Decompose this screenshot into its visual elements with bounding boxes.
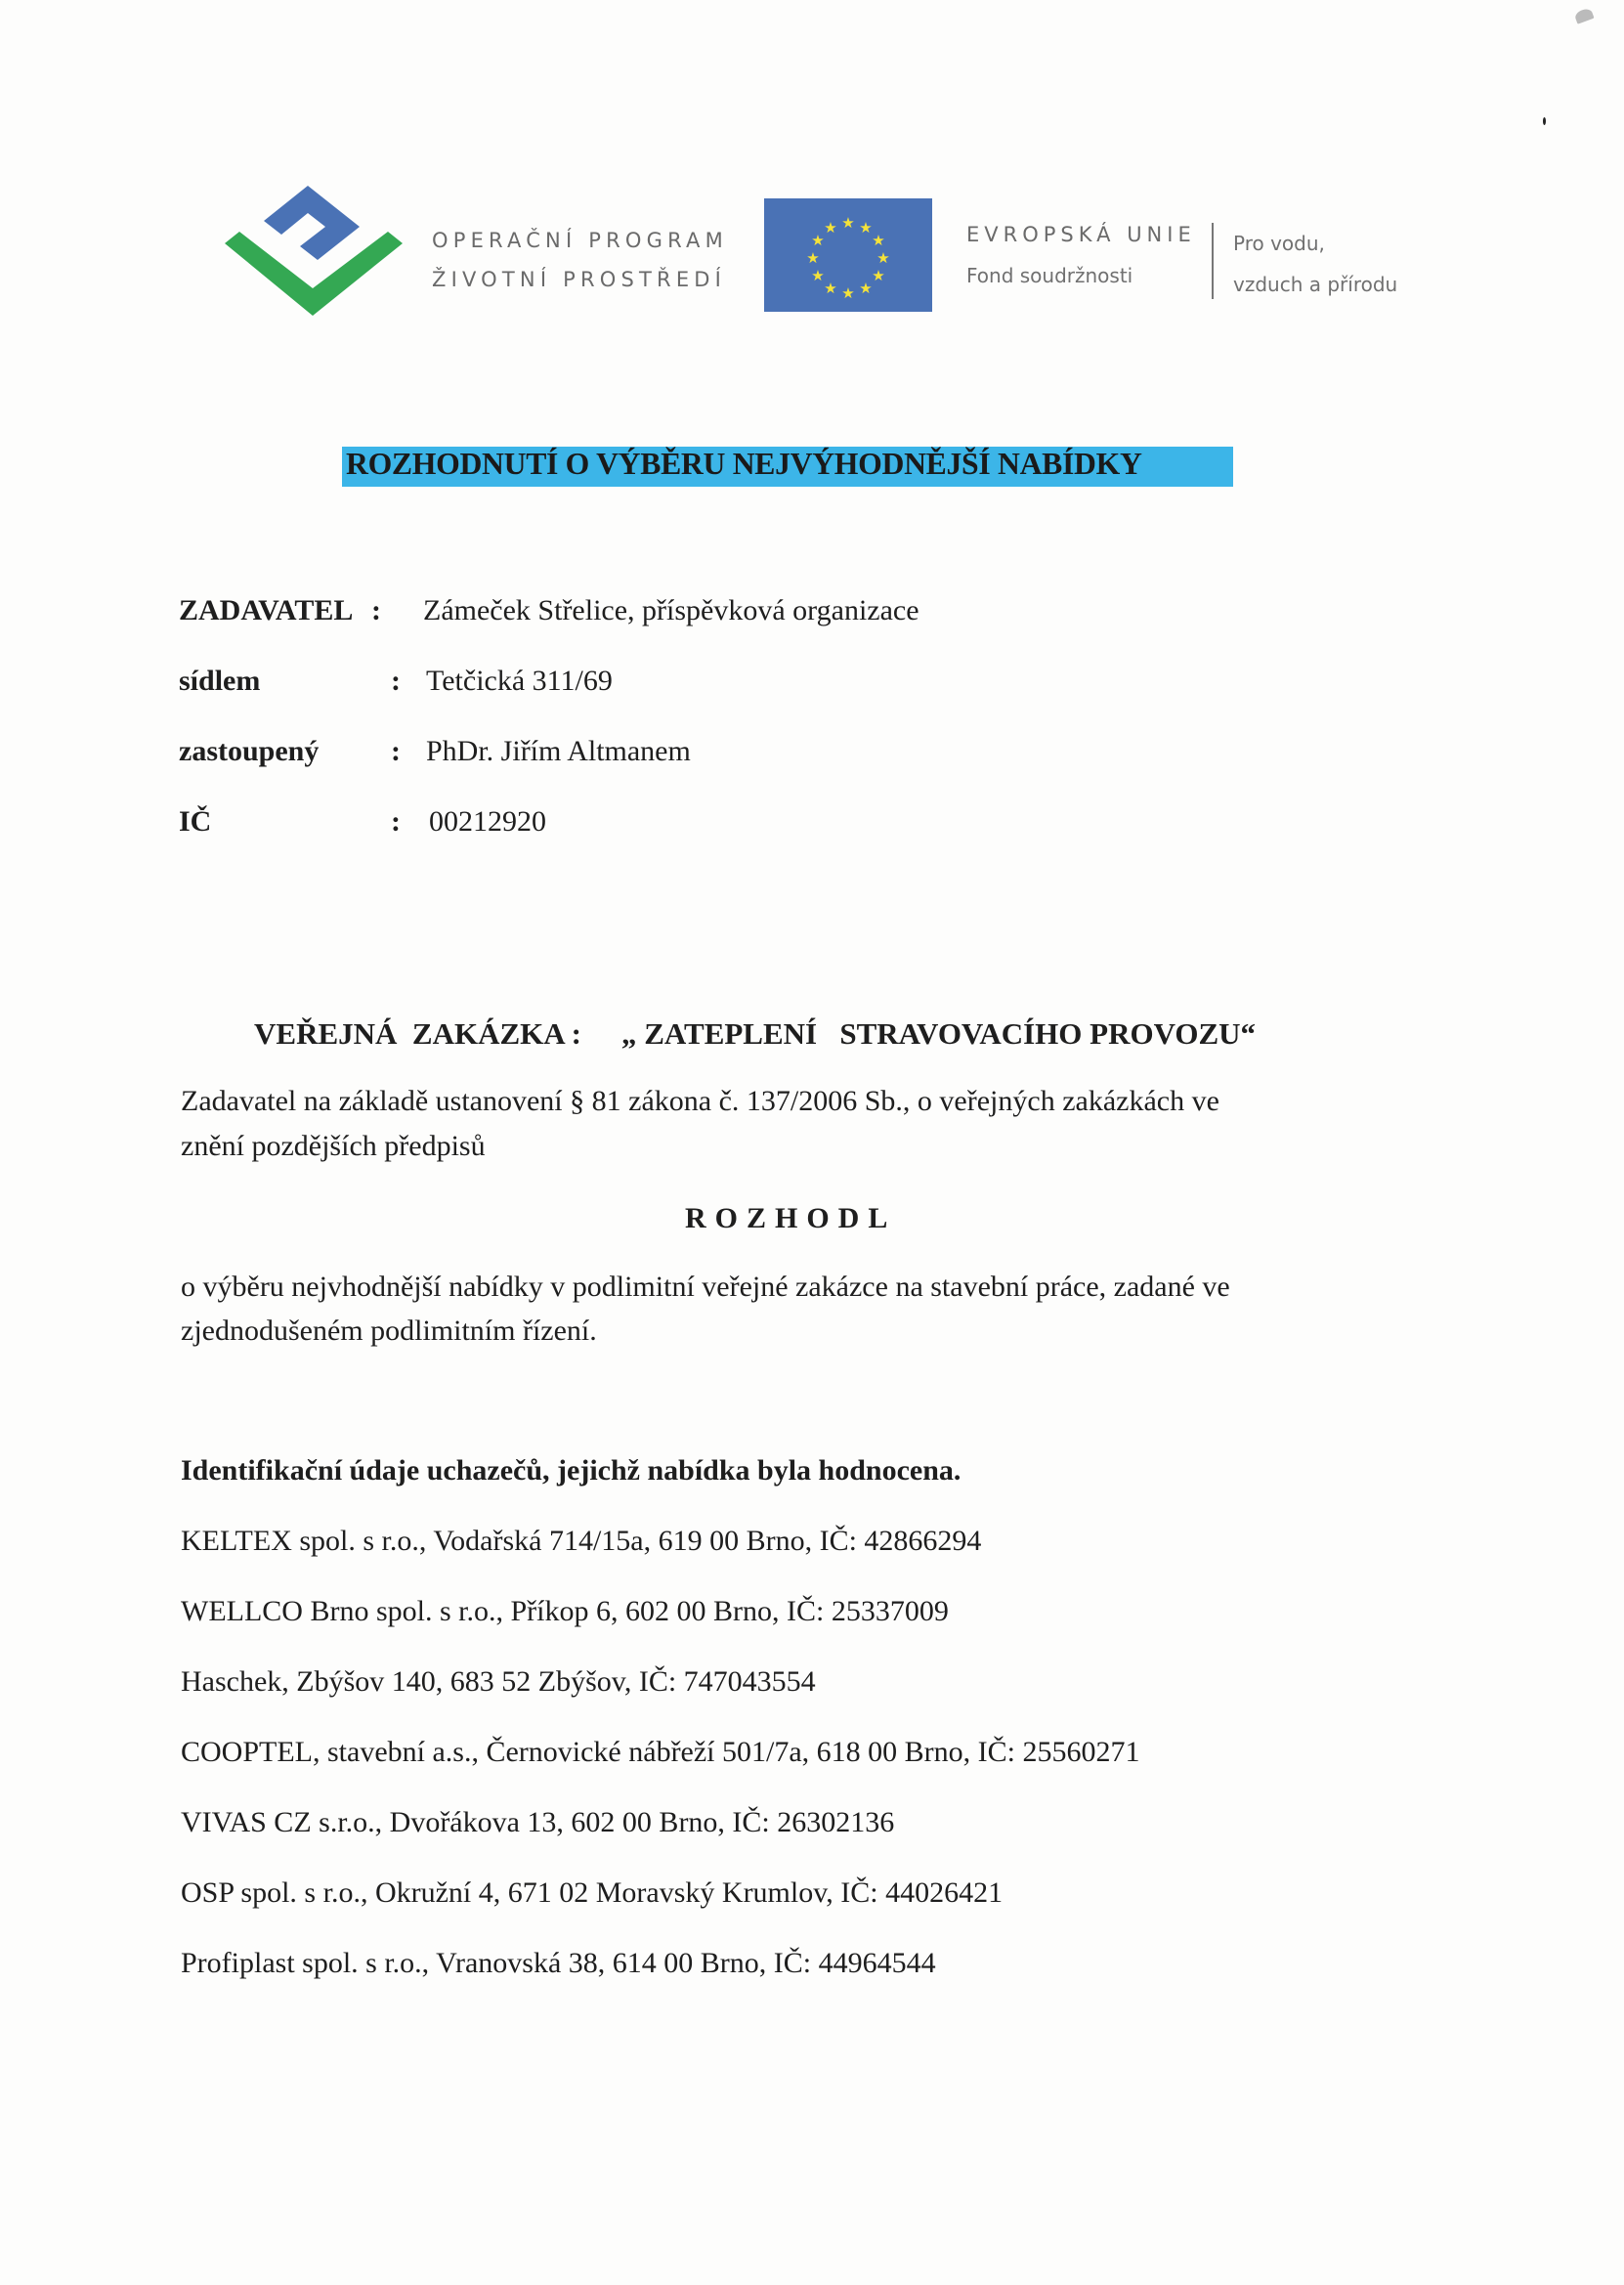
svg-text:★: ★ (824, 219, 836, 237)
bidder-item: COOPTEL, stavební a.s., Černovické nábře… (181, 1736, 1140, 1769)
value-zadavatel: Zámeček Střelice, příspěvková organizace (423, 594, 919, 627)
opzp-logo-icon (220, 181, 406, 327)
eu-slogan-line2: vzduch a přírodu (1233, 264, 1397, 305)
eu-slogan-line1: Pro vodu, (1233, 223, 1397, 264)
opzp-logo-text: OPERAČNÍ PROGRAM ŽIVOTNÍ PROSTŘEDÍ (432, 221, 728, 299)
eu-flag-icon: ★ ★ ★ ★ ★ ★ ★ ★ ★ ★ ★ ★ (764, 198, 932, 312)
svg-text:★: ★ (872, 232, 884, 249)
svg-text:★: ★ (859, 219, 872, 237)
label-zadavatel: ZADAVATEL (179, 594, 353, 627)
eu-fund: Fond soudržnosti (966, 264, 1133, 287)
bidder-item: KELTEX spol. s r.o., Vodařská 714/15a, 6… (181, 1525, 981, 1558)
decision-word: ROZHODL (685, 1202, 896, 1235)
opzp-line2: ŽIVOTNÍ PROSTŘEDÍ (432, 260, 728, 299)
bidders-heading: Identifikační údaje uchazečů, jejichž na… (181, 1454, 961, 1487)
eu-divider (1212, 223, 1214, 299)
value-zastoupeny: PhDr. Jiřím Altmanem (426, 735, 691, 768)
bidder-item: OSP spol. s r.o., Okružní 4, 671 02 Mora… (181, 1876, 1003, 1910)
separator: : (371, 594, 381, 627)
svg-text:★: ★ (859, 280, 872, 297)
eu-slogan: Pro vodu, vzduch a přírodu (1233, 223, 1397, 305)
scan-edge-mark (1573, 7, 1594, 23)
svg-text:★: ★ (806, 249, 819, 267)
intro-line1: Zadavatel na základě ustanovení § 81 zák… (181, 1085, 1219, 1118)
eu-name: EVROPSKÁ UNIE (966, 223, 1196, 246)
separator: : (391, 805, 401, 839)
svg-text:★: ★ (872, 267, 884, 284)
scan-speck (1543, 117, 1546, 125)
value-sidlem: Tetčická 311/69 (426, 665, 613, 698)
bidder-item: WELLCO Brno spol. s r.o., Příkop 6, 602 … (181, 1595, 949, 1628)
svg-text:★: ★ (811, 267, 824, 284)
bidder-item: VIVAS CZ s.r.o., Dvořákova 13, 602 00 Br… (181, 1806, 894, 1839)
separator: : (391, 735, 401, 768)
label-zastoupeny: zastoupený (179, 735, 319, 768)
svg-text:★: ★ (841, 214, 854, 232)
label-ic: IČ (179, 805, 211, 839)
svg-text:★: ★ (841, 284, 854, 302)
svg-text:★: ★ (824, 280, 836, 297)
value-ic: 00212920 (429, 805, 546, 839)
contract-label: VEŘEJNÁ ZAKÁZKA : (254, 1016, 581, 1052)
eu-stars-icon: ★ ★ ★ ★ ★ ★ ★ ★ ★ ★ ★ ★ (764, 198, 932, 312)
intro-line2: znění pozdějších předpisů (181, 1130, 486, 1163)
contract-name: „ ZATEPLENÍ STRAVOVACÍHO PROVOZU“ (621, 1016, 1256, 1052)
svg-text:★: ★ (811, 232, 824, 249)
decision-line2: zjednodušeném podlimitním řízení. (181, 1315, 597, 1348)
svg-text:★: ★ (876, 249, 889, 267)
label-sidlem: sídlem (179, 665, 260, 698)
document-title: ROZHODNUTÍ O VÝBĚRU NEJVÝHODNĚJŠÍ NABÍDK… (346, 446, 1142, 482)
separator: : (391, 665, 401, 698)
bidder-item: Profiplast spol. s r.o., Vranovská 38, 6… (181, 1947, 936, 1980)
bidder-item: Haschek, Zbýšov 140, 683 52 Zbýšov, IČ: … (181, 1665, 816, 1699)
decision-line1: o výběru nejvhodnější nabídky v podlimit… (181, 1271, 1230, 1304)
opzp-line1: OPERAČNÍ PROGRAM (432, 221, 728, 260)
